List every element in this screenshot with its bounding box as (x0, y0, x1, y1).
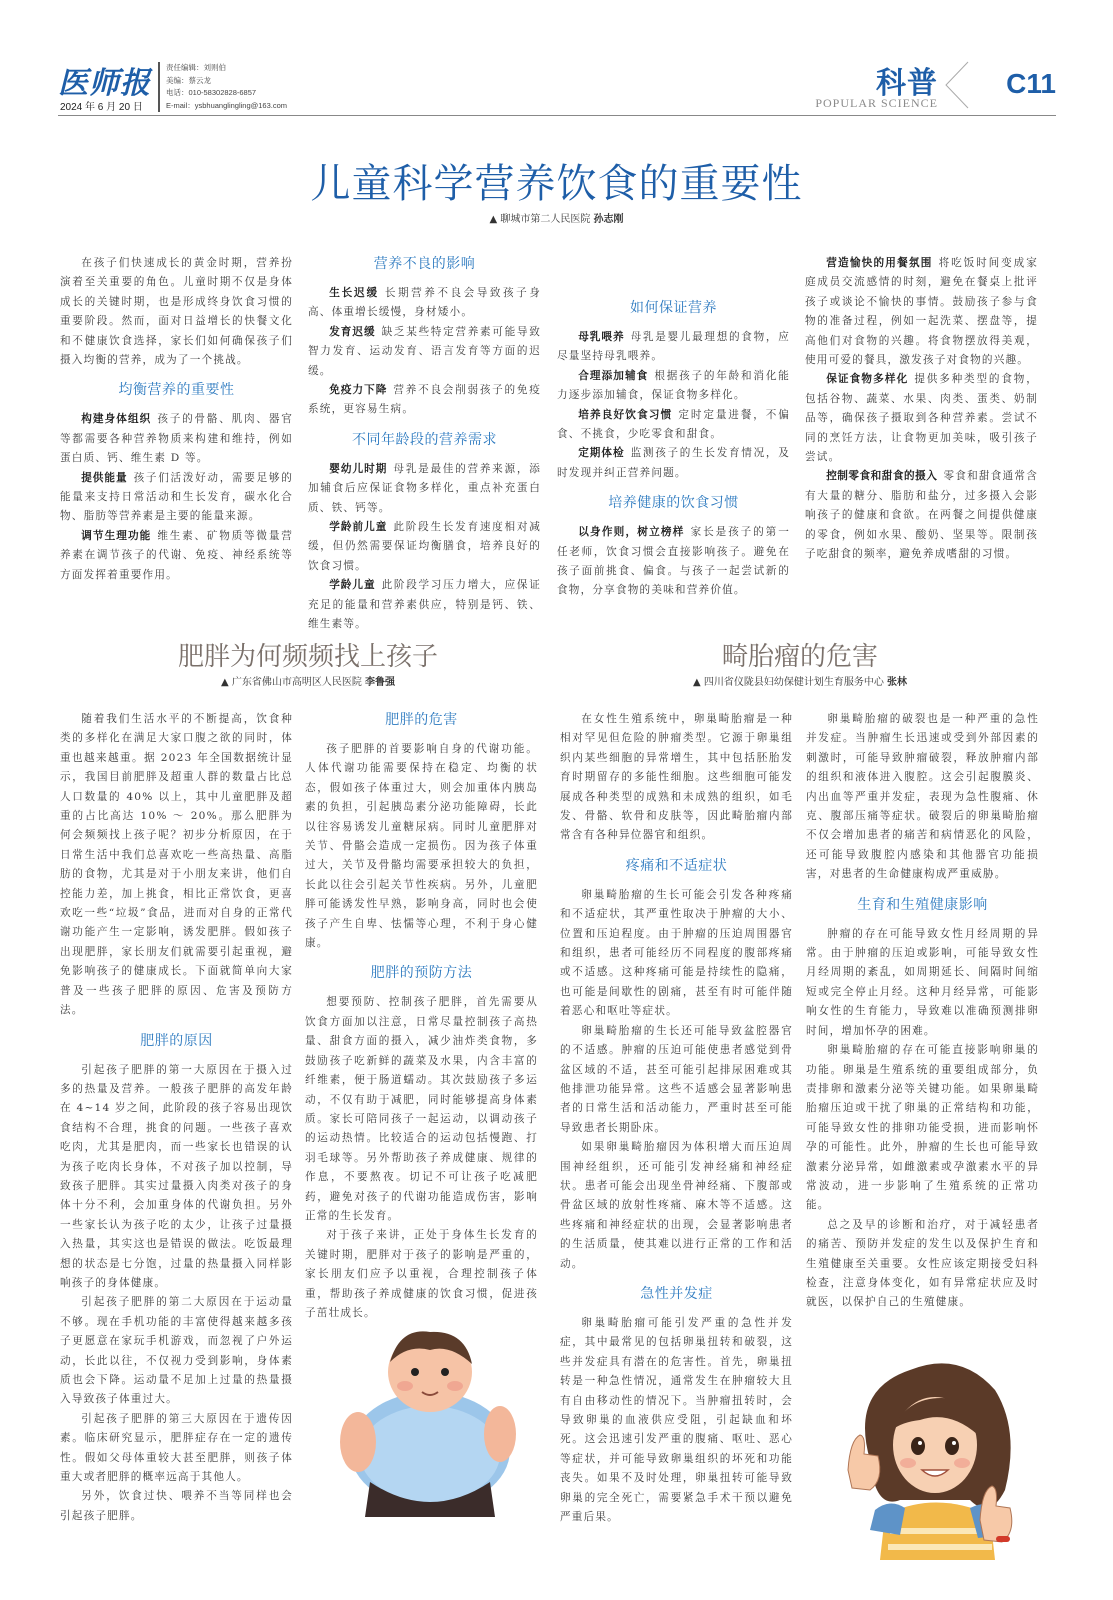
section-heading: 如何保证营养 (557, 298, 790, 318)
section-name-english: POPULAR SCIENCE (815, 96, 938, 111)
paragraph: 学龄儿童此阶段学习压力增大，应保证充足的能量和营养素供应，特别是钙、铁、维生素等… (308, 576, 541, 634)
section-heading: 生育和生殖健康影响 (806, 895, 1039, 915)
triangle-icon: ▲ (489, 214, 497, 225)
byline-author: 李鲁强 (365, 677, 395, 688)
paragraph: 学龄前儿童此阶段生长发育速度相对减缓，但仍然需要保证均衡膳食，培养良好的饮食习惯… (308, 518, 541, 576)
paragraph: 对于孩子来讲，正处于身体生长发育的关键时期，肥胖对于孩子的影响是严重的，家长朋友… (305, 1226, 538, 1323)
paragraph: 婴幼儿时期母乳是最佳的营养来源，添加辅食后应保证食物多样化，重点补充蛋白质、铁、… (308, 460, 541, 518)
masthead: 医师报 2024 年 6 月 20 日 责任编辑：刘则伯 美编：蔡云龙 电话：0… (58, 58, 1056, 114)
lead-term: 学龄儿童 (329, 579, 375, 591)
paragraph: 构建身体组织孩子的骨骼、肌肉、器官等都需要各种营养物质来构建和维持，例如蛋白质、… (60, 410, 293, 468)
paragraph: 生长迟缓长期营养不良会导致孩子身高、体重增长缓慢，身材矮小。 (308, 284, 541, 323)
lead-term: 控制零食和甜食的摄入 (826, 470, 937, 482)
paragraph: 以身作则，树立榜样家长是孩子的第一任老师，饮食习惯会直接影响孩子。避免在孩子面前… (557, 523, 790, 601)
paragraph: 免疫力下降营养不良会削弱孩子的免疫系统，更容易生病。 (308, 381, 541, 420)
article2-column-1: 随着我们生活水平的不断提高，饮食种类的多样化在满足大家口腹之欲的同时，体重也越来… (60, 710, 293, 1526)
lead-term: 婴幼儿时期 (329, 463, 387, 475)
article2-column-2: 肥胖的危害 孩子肥胖的首要影响自身的代谢功能。人体代谢功能需要保持在稳定、均衡的… (305, 710, 538, 1323)
editor-credits: 责任编辑：刘则伯 美编：蔡云龙 电话：010-58302828-6857 E-m… (166, 62, 287, 112)
credit-phone: 电话：010-58302828-6857 (166, 87, 287, 100)
triangle-icon: ▲ (693, 677, 701, 688)
article-byline: ▲ 广东省佛山市高明区人民医院 李鲁强 (58, 673, 558, 688)
lead-term: 构建身体组织 (81, 413, 151, 425)
article1-column-3: 如何保证营养 母乳喂养母乳是婴儿最理想的食物，应尽量坚持母乳喂养。 合理添加辅食… (557, 254, 790, 601)
article3-column-1: 在女性生殖系统中，卵巢畸胎瘤是一种相对罕见但危险的肿瘤类型。它源于卵巢组织内某些… (560, 710, 793, 1527)
lead-term: 营造愉快的用餐氛围 (826, 257, 932, 269)
lead-term: 学龄前儿童 (329, 521, 387, 533)
intro-paragraph: 随着我们生活水平的不断提高，饮食种类的多样化在满足大家口腹之欲的同时，体重也越来… (60, 710, 293, 1021)
paragraph: 引起孩子肥胖的第三大原因在于遗传因素。临床研究显示，肥胖症存在一定的遗传性。假如… (60, 1410, 293, 1488)
paragraph: 发育迟缓缺乏某些特定营养素可能导致智力发育、运动发育、语言发育等方面的迟缓。 (308, 323, 541, 381)
lead-term: 保证食物多样化 (826, 373, 908, 385)
article1-column-2: 营养不良的影响 生长迟缓长期营养不良会导致孩子身高、体重增长缓慢，身材矮小。 发… (308, 254, 541, 635)
paragraph: 引起孩子肥胖的第二大原因在于运动量不够。现在手机功能的丰富使得越来越多孩子更愿意… (60, 1293, 293, 1409)
article-title: 肥胖为何频频找上孩子 (58, 636, 558, 673)
article1-column-4: 营造愉快的用餐氛围将吃饭时间变成家庭成员交流感情的时刻，避免在餐桌上批评孩子或谈… (805, 254, 1038, 565)
paragraph: 如果卵巢畸胎瘤因为体积增大而压迫周围神经组织，还可能引发神经痛和神经症状。患者可… (560, 1138, 793, 1274)
article-title: 儿童科学营养饮食的重要性 (0, 152, 1113, 209)
lead-term: 定期体检 (578, 447, 624, 459)
article1-column-1: 在孩子们快速成长的黄金时期，营养扮演着至关重要的角色。儿童时期不仅是身体成长的关… (60, 254, 293, 585)
paragraph: 培养良好饮食习惯定时定量进餐，不偏食、不挑食，少吃零食和甜食。 (557, 406, 790, 445)
lead-term: 合理添加辅食 (578, 370, 648, 382)
paragraph: 保证食物多样化提供多种类型的食物，包括谷物、蔬菜、水果、肉类、蛋类、奶制品等，确… (805, 370, 1038, 467)
lead-term: 发育迟缓 (329, 326, 375, 338)
article3-column-2: 卵巢畸胎瘤的破裂也是一种严重的急性并发症。当肿瘤生长迅速或受到外部因素的刺激时，… (806, 710, 1039, 1313)
lead-term: 提供能量 (81, 472, 127, 484)
paragraph: 卵巢畸胎瘤可能引发严重的急性并发症，其中最常见的包括卵巢扭转和破裂，这些并发症具… (560, 1314, 793, 1527)
section-heading: 均衡营养的重要性 (60, 380, 293, 400)
lead-term: 培养良好饮食习惯 (578, 409, 672, 421)
credit-email: E-mail：ysbhuanglingling@163.com (166, 100, 287, 113)
byline-org: 四川省仪陇县妇幼保健计划生育服务中心 (704, 677, 884, 688)
paragraph: 总之及早的诊断和治疗，对于减轻患者的痛苦、预防并发症的发生以及保护生育和生殖健康… (806, 1216, 1039, 1313)
intro-paragraph: 在孩子们快速成长的黄金时期，营养扮演着至关重要的角色。儿童时期不仅是身体成长的关… (60, 254, 293, 370)
lead-term: 调节生理功能 (81, 530, 151, 542)
paragraph: 营造愉快的用餐氛围将吃饭时间变成家庭成员交流感情的时刻，避免在餐桌上批评孩子或谈… (805, 254, 1038, 370)
masthead-divider (158, 62, 160, 112)
paragraph: 肿瘤的存在可能导致女性月经周期的异常。由于肿瘤的压迫或影响，可能导致女性月经周期… (806, 925, 1039, 1041)
byline-org: 聊城市第二人民医院 (500, 214, 590, 225)
lead-term: 母乳喂养 (578, 331, 624, 343)
section-heading: 营养不良的影响 (308, 254, 541, 274)
issue-date: 2024 年 6 月 20 日 (60, 98, 143, 113)
section-heading: 急性并发症 (560, 1284, 793, 1304)
section-heading: 疼痛和不适症状 (560, 856, 793, 876)
credit-editor: 责任编辑：刘则伯 (166, 62, 287, 75)
section-heading: 不同年龄段的营养需求 (308, 430, 541, 450)
paragraph: 母乳喂养母乳是婴儿最理想的食物，应尽量坚持母乳喂养。 (557, 328, 790, 367)
overweight-boy-illustration (330, 1322, 530, 1522)
paragraph: 卵巢畸胎瘤的生长还可能导致盆腔器官的不适感。肿瘤的压迫可能使患者感觉到骨盆区域的… (560, 1022, 793, 1138)
section-heading: 肥胖的危害 (305, 710, 538, 730)
section-heading: 培养健康的饮食习惯 (557, 493, 790, 513)
paragraph: 卵巢畸胎瘤的生长可能会引发各种疼痛和不适症状，其严重性取决于肿瘤的大小、位置和压… (560, 886, 793, 1022)
credit-designer: 美编：蔡云龙 (166, 75, 287, 88)
byline-author: 张林 (887, 677, 907, 688)
paragraph: 定期体检监测孩子的生长发育情况，及时发现并纠正营养问题。 (557, 444, 790, 483)
byline-org: 广东省佛山市高明区人民医院 (232, 677, 362, 688)
lead-term: 免疫力下降 (329, 384, 387, 396)
article-title: 畸胎瘤的危害 (560, 636, 1040, 673)
lead-term: 以身作则，树立榜样 (578, 526, 684, 538)
paragraph: 卵巢畸胎瘤的存在可能直接影响卵巢的功能。卵巢是生殖系统的重要组成部分，负责排卵和… (806, 1041, 1039, 1216)
article-byline: ▲ 聊城市第二人民医院 孙志刚 (0, 210, 1113, 225)
paragraph: 卵巢畸胎瘤的破裂也是一种严重的急性并发症。当肿瘤生长迅速或受到外部因素的刺激时，… (806, 710, 1039, 885)
section-heading: 肥胖的预防方法 (305, 963, 538, 983)
page-number: C11 (1006, 68, 1056, 100)
masthead-rule (58, 115, 1056, 116)
byline-author: 孙志刚 (594, 214, 624, 225)
section-heading: 肥胖的原因 (60, 1031, 293, 1051)
thumbs-up-girl-illustration (830, 1350, 1040, 1560)
paragraph: 孩子肥胖的首要影响自身的代谢功能。人体代谢功能需要保持在稳定、均衡的状态，假如孩… (305, 740, 538, 953)
intro-paragraph: 在女性生殖系统中，卵巢畸胎瘤是一种相对罕见但危险的肿瘤类型。它源于卵巢组织内某些… (560, 710, 793, 846)
paragraph: 提供能量孩子们活泼好动，需要足够的能量来支持日常活动和生长发育，碳水化合物、脂肪… (60, 469, 293, 527)
lead-term: 生长迟缓 (329, 287, 379, 299)
paragraph: 调节生理功能维生素、矿物质等微量营养素在调节孩子的代谢、免疫、神经系统等方面发挥… (60, 527, 293, 585)
paragraph: 引起孩子肥胖的第一大原因在于摄入过多的热量及营养。一般孩子肥胖的高发年龄在 4~… (60, 1061, 293, 1294)
paragraph: 合理添加辅食根据孩子的年龄和消化能力逐步添加辅食，保证食物多样化。 (557, 367, 790, 406)
paragraph: 想要预防、控制孩子肥胖，首先需要从饮食方面加以注意，日常尽量控制孩子高热量、甜食… (305, 993, 538, 1226)
paragraph: 另外，饮食过快、喂养不当等同样也会引起孩子肥胖。 (60, 1487, 293, 1526)
newspaper-logo: 医师报 (58, 58, 151, 102)
paragraph: 控制零食和甜食的摄入零食和甜食通常含有大量的糖分、脂肪和盐分，过多摄入会影响孩子… (805, 467, 1038, 564)
chevron-left-icon (942, 60, 972, 110)
triangle-icon: ▲ (221, 677, 229, 688)
article-byline: ▲ 四川省仪陇县妇幼保健计划生育服务中心 张林 (560, 673, 1040, 688)
